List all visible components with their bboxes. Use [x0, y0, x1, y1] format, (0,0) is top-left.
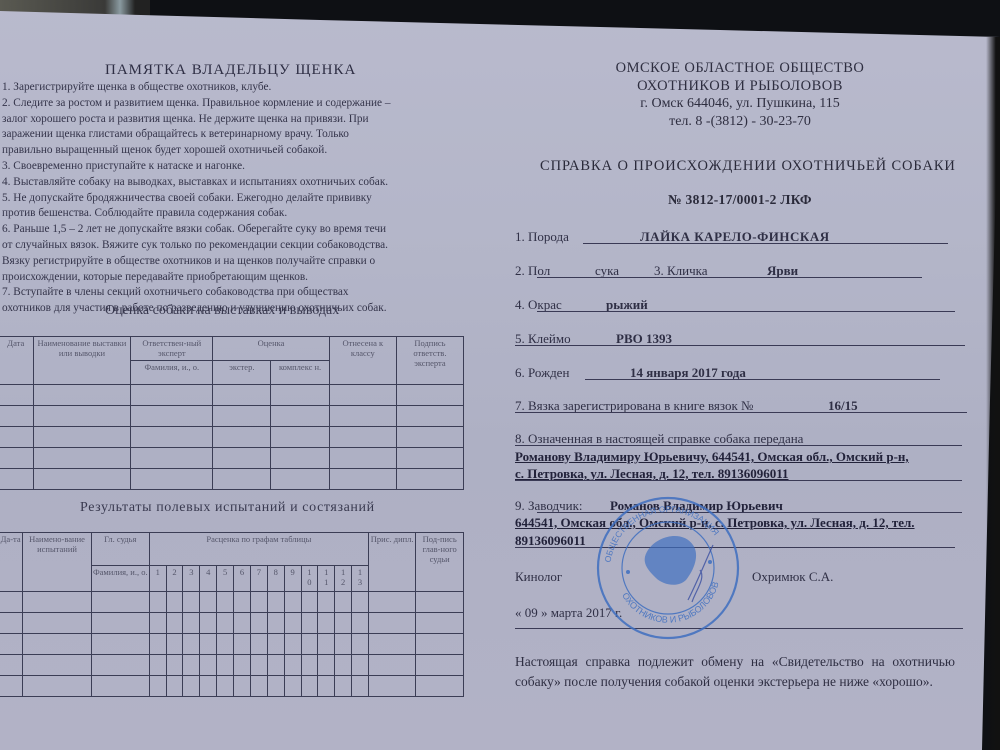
table-row — [0, 676, 464, 697]
org-phone: тел. 8 -(3812) - 30-23-70 — [560, 113, 920, 131]
field-trials-table: Да-та Наимено-вание испытаний Гл. судья … — [0, 532, 464, 697]
table-row — [0, 655, 464, 676]
memo-line: 5. Не допускайте бродяжничества своей со… — [2, 191, 477, 207]
document-number: № 3812-17/0001-2 ЛКФ — [668, 192, 812, 208]
table-row — [0, 448, 464, 469]
memo-text: 1. Зарегистрируйте щенка в обществе охот… — [2, 80, 477, 317]
cynologist-name: Охримюк С.А. — [752, 569, 833, 585]
col-chief-judge: Гл. судья — [91, 533, 149, 566]
org-address: г. Омск 644046, ул. Пушкина, 115 — [560, 95, 920, 113]
col-score: Оценка — [213, 337, 329, 361]
cynologist-label: Кинолог — [515, 569, 562, 585]
org-name-line2: ОХОТНИКОВ И РЫБОЛОВОВ — [560, 77, 920, 95]
score-column-header: 4 — [200, 566, 217, 592]
memo-line: Вязку регистрируйте в обществе охотников… — [2, 254, 477, 270]
table-row — [0, 385, 464, 406]
exchange-notice: Настоящая справка подлежит обмену на «Св… — [515, 652, 955, 692]
score-column-header: 8 — [267, 566, 284, 592]
memo-line: 2. Следите за ростом и развитием щенка. … — [2, 96, 477, 112]
table-row — [0, 469, 464, 490]
org-name-line1: ОМСКОЕ ОБЛАСТНОЕ ОБЩЕСТВО — [560, 59, 920, 77]
owner-line1: Романову Владимиру Юрьевичу, 644541, Омс… — [515, 449, 909, 465]
memo-line: от случайных вязок. Вяжите сук только по… — [2, 238, 477, 254]
score-column-header: 1 3 — [352, 566, 369, 592]
field-table-title: Результаты полевых испытаний и состязани… — [80, 500, 375, 516]
memo-line: 3. Своевременно приступайте к натаске и … — [2, 159, 477, 175]
score-column-header: 1 — [149, 566, 166, 592]
col-judge-signature: Под-пись глав-ного судьи — [416, 533, 464, 592]
memo-line: 1. Зарегистрируйте щенка в обществе охот… — [2, 80, 477, 96]
memo-line: заражении щенка глистами обращайтесь к в… — [2, 127, 477, 143]
score-column-header: 1 1 — [318, 566, 335, 592]
col-diploma: Прис. дипл. — [368, 533, 415, 592]
background-edge — [986, 37, 1000, 750]
col-trial-name: Наимено-вание испытаний — [23, 533, 92, 592]
score-column-header: 7 — [250, 566, 267, 592]
memo-line: 7. Вступайте в члены секций охотничьего … — [2, 285, 477, 301]
memo-line: против бешенства. Соблюдайте правила сод… — [2, 206, 477, 222]
document-title: СПРАВКА О ПРОИСХОЖДЕНИИ ОХОТНИЧЬЕЙ СОБАК… — [540, 158, 956, 175]
memo-line: залог хорошего роста и развития щенка. Н… — [2, 112, 477, 128]
score-column-header: 6 — [234, 566, 251, 592]
official-stamp: ОБЩЕСТВЕННАЯ ОРГАНИЗАЦИЯ ОХОТНИКОВ И РЫБ… — [588, 490, 748, 640]
col-score-complex: комплекс н. — [271, 361, 329, 385]
birth-label: 6. Рожден — [515, 365, 569, 381]
table-row — [0, 592, 464, 613]
score-column-header: 1 0 — [301, 566, 318, 592]
organization-header: ОМСКОЕ ОБЛАСТНОЕ ОБЩЕСТВО ОХОТНИКОВ И РЫ… — [560, 59, 920, 131]
memo-title: ПАМЯТКА ВЛАДЕЛЬЦУ ЩЕНКА — [105, 62, 356, 79]
memo-line: 4. Выставляйте собаку на выводках, выста… — [2, 175, 477, 191]
score-column-header: 3 — [183, 566, 200, 592]
breed-label: 1. Порода — [515, 229, 569, 245]
table-row — [0, 613, 464, 634]
table-row — [0, 406, 464, 427]
col-judge-name: Фамилия, и., о. — [91, 566, 149, 592]
col-date: Дата — [0, 337, 33, 385]
col-class: Отнесена к классу — [329, 337, 396, 385]
col-score-exterior: экстер. — [213, 361, 271, 385]
svg-text:ОХОТНИКОВ И РЫБОЛОВОВ: ОХОТНИКОВ И РЫБОЛОВОВ — [620, 580, 720, 624]
col-date: Да-та — [0, 533, 23, 592]
show-table-title: Оценка собаки на выставках и выводах — [105, 303, 339, 319]
col-signature: Подпись ответств. эксперта — [396, 337, 463, 385]
table-row — [0, 634, 464, 655]
score-column-header: 2 — [166, 566, 183, 592]
memo-line: происхождении, которые передавайте приоб… — [2, 270, 477, 286]
table-row — [0, 427, 464, 448]
score-column-header: 1 2 — [335, 566, 352, 592]
score-column-header: 9 — [284, 566, 301, 592]
show-results-table: Дата Наименование выставки или выводки О… — [0, 336, 464, 490]
col-expert-name: Фамилия, и., о. — [131, 361, 213, 385]
col-expert: Ответствен-ный эксперт — [131, 337, 213, 361]
memo-line: 6. Раньше 1,5 – 2 лет не допускайте вязк… — [2, 222, 477, 238]
col-show-name: Наименование выставки или выводки — [33, 337, 131, 385]
memo-line: правильно выращенный щенок будет хорошей… — [2, 143, 477, 159]
score-column-header: 5 — [217, 566, 234, 592]
col-scores: Расценка по графам таблицы — [149, 533, 368, 566]
